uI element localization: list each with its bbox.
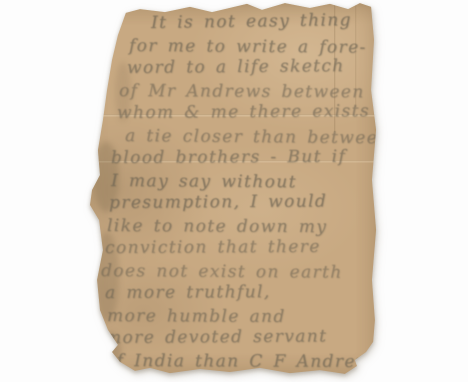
paper-surface: It is not easy thing for me to write a f… <box>85 2 379 378</box>
handwriting-line: more devoted servant <box>105 325 379 349</box>
note-paper: It is not easy thing for me to write a f… <box>85 2 379 378</box>
handwriting: It is not easy thing for me to write a f… <box>85 12 379 372</box>
handwriting-line: blood brothers - But if <box>111 146 379 170</box>
handwriting-line: whom & me there exists <box>117 100 379 124</box>
handwriting-line: conviction that there <box>105 236 379 260</box>
handwriting-line: presumption, I would <box>109 190 379 214</box>
handwriting-line: It is not easy thing <box>151 9 379 35</box>
scan-background: It is not easy thing for me to write a f… <box>0 0 468 382</box>
handwriting-line: a more truthful, <box>105 281 379 305</box>
handwriting-line: word to a life sketch <box>127 55 379 80</box>
handwriting-line: of India than C F Andrews <box>105 350 379 373</box>
